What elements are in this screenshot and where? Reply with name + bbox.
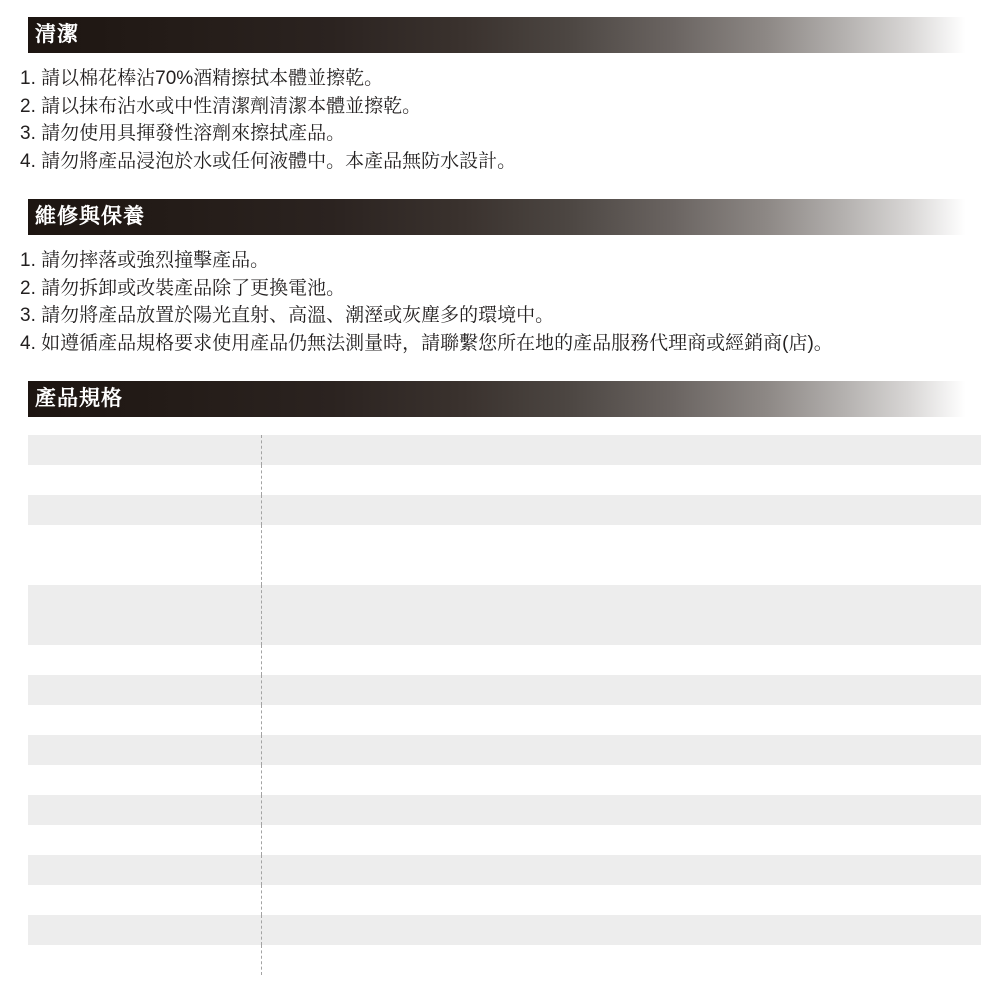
spec-value (262, 525, 981, 585)
spec-label (28, 915, 262, 945)
spec-row-resolution (28, 645, 981, 675)
spec-row-battery (28, 825, 981, 855)
list-item: 1. 請勿摔落或強烈撞擊產品。 (20, 247, 1000, 275)
spec-value (262, 645, 981, 675)
spec-value (262, 915, 981, 945)
spec-row-measure-site (28, 435, 981, 465)
section-header-maintenance: 維修與保養 (28, 199, 975, 235)
spec-label (28, 585, 262, 645)
section-header-specs: 產品規格 (28, 381, 975, 417)
spec-label (28, 675, 262, 705)
spec-label (28, 795, 262, 825)
product-manual-page: 清潔 1. 請以棉花棒沾70%酒精擦拭本體並擦乾。 2. 請以抹布沾水或中性清潔… (0, 0, 1000, 975)
spec-value (262, 765, 981, 795)
cleaning-list: 1. 請以棉花棒沾70%酒精擦拭本體並擦乾。 2. 請以抹布沾水或中性清潔劑清潔… (20, 65, 1000, 175)
list-item: 2. 請以抹布沾水或中性清潔劑清潔本體並擦乾。 (20, 93, 1000, 121)
spec-row-auto-off (28, 795, 981, 825)
spec-row-accuracy (28, 585, 981, 645)
spec-value (262, 795, 981, 825)
spec-row-measure-range (28, 525, 981, 585)
spec-row-measure-distance (28, 465, 981, 495)
list-item: 3. 請勿將產品放置於陽光直射、高溫、潮溼或灰塵多的環境中。 (20, 302, 1000, 330)
spec-row-operating-env (28, 705, 981, 735)
spec-row-measure-time (28, 495, 981, 525)
spec-row-memory (28, 675, 981, 705)
spec-label (28, 705, 262, 735)
spec-label (28, 495, 262, 525)
spec-row-warranty (28, 945, 981, 975)
spec-value (262, 855, 981, 885)
spec-row-weight (28, 915, 981, 945)
spec-label (28, 765, 262, 795)
spec-label (28, 945, 262, 975)
spec-value (262, 885, 981, 915)
spec-label (28, 645, 262, 675)
spec-label (28, 825, 262, 855)
spec-label (28, 525, 262, 585)
spec-value (262, 495, 981, 525)
spec-value (262, 825, 981, 855)
spec-row-battery-life (28, 855, 981, 885)
maintenance-list: 1. 請勿摔落或強烈撞擊產品。 2. 請勿拆卸或改裝產品除了更換電池。 3. 請… (20, 247, 1000, 357)
spec-value (262, 435, 981, 465)
list-item: 3. 請勿使用具揮發性溶劑來擦拭產品。 (20, 120, 1000, 148)
spec-value (262, 675, 981, 705)
spec-row-storage-env (28, 735, 981, 765)
section-title-cleaning: 清潔 (35, 23, 79, 46)
list-item: 2. 請勿拆卸或改裝產品除了更換電池。 (20, 275, 1000, 303)
spec-row-clinical-repeatability (28, 765, 981, 795)
spec-value (262, 585, 981, 645)
section-title-specs: 產品規格 (35, 387, 123, 410)
spec-label (28, 855, 262, 885)
spec-label (28, 465, 262, 495)
spec-label (28, 735, 262, 765)
spec-value (262, 735, 981, 765)
spec-label (28, 435, 262, 465)
spec-row-dimensions (28, 885, 981, 915)
section-title-maintenance: 維修與保養 (35, 205, 145, 228)
spec-value (262, 945, 981, 975)
spec-table (28, 435, 981, 975)
list-item: 4. 請勿將產品浸泡於水或任何液體中。本產品無防水設計。 (20, 148, 1000, 176)
list-item: 4. 如遵循產品規格要求使用產品仍無法測量時，請聯繫您所在地的產品服務代理商或經… (20, 330, 1000, 358)
list-item: 1. 請以棉花棒沾70%酒精擦拭本體並擦乾。 (20, 65, 1000, 93)
section-header-cleaning: 清潔 (28, 17, 975, 53)
spec-label (28, 885, 262, 915)
spec-value (262, 705, 981, 735)
spec-value (262, 465, 981, 495)
